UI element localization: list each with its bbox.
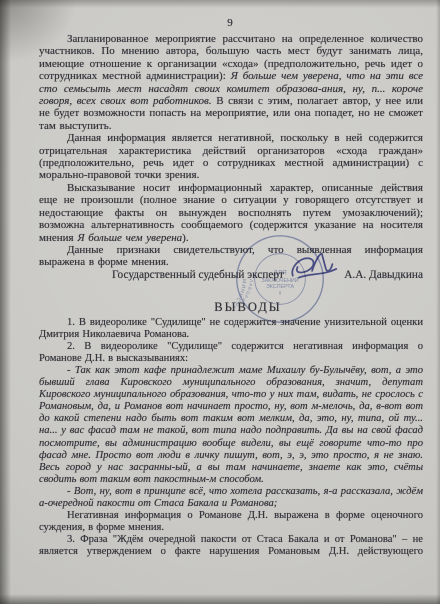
conclusion-quote-1: - Так как этот кафе принадлежит маме Мих… xyxy=(39,365,423,485)
text-run: 2. В видеоролике "Судилище" содержится н… xyxy=(39,341,423,364)
paragraph-planned-event: Запланированное мероприятие рассчитано н… xyxy=(39,33,423,132)
quoted-speech-run: Я больше чем уверена xyxy=(77,232,182,244)
signature-row: Государственный судебный эксперт А.А. Да… xyxy=(39,269,423,281)
conclusions-section: ВЫВОДЫ 1. В видеоролике "Судилище" не со… xyxy=(39,301,423,558)
text-run: Данные признаки свидетельствуют, что выя… xyxy=(39,244,423,268)
text-run: ). xyxy=(182,232,188,244)
conclusion-item-2b: Негативная информация о Романове Д.Н. вы… xyxy=(39,510,423,534)
stamp-center-line-1: ДЛЯ xyxy=(273,269,287,276)
signature-scribble-icon xyxy=(286,246,344,288)
conclusion-item-2: 2. В видеоролике "Судилище" содержится н… xyxy=(39,341,423,365)
paragraph-informational-character: Высказывание носит информационный характ… xyxy=(39,182,423,244)
scanned-document-page: 9 Запланированное мероприятие рассчитано… xyxy=(0,0,440,604)
text-run: 3. Фраза "Ждём очередной пакости от Стас… xyxy=(39,534,423,557)
text-run: Данная информация является негативной, п… xyxy=(39,132,423,181)
quoted-speech-run: - Так как этот кафе принадлежит маме Мих… xyxy=(39,365,423,484)
conclusions-title: ВЫВОДЫ xyxy=(39,301,423,313)
paragraph-negative-info: Данная информация является негативной, п… xyxy=(39,132,423,182)
body-text: Запланированное мероприятие рассчитано н… xyxy=(39,33,423,269)
page-shadow-bottom xyxy=(0,594,440,604)
quoted-speech-run: - Вот, ну, вот в принципе всё, что хотел… xyxy=(39,486,423,509)
text-run: Негативная информация о Романове Д.Н. вы… xyxy=(39,510,423,533)
signature-loop xyxy=(292,258,313,275)
text-run: 1. В видеоролике "Судилище" не содержитс… xyxy=(39,317,423,340)
signature-flourish xyxy=(312,253,332,270)
paragraph-opinion-form: Данные признаки свидетельствуют, что выя… xyxy=(39,244,423,269)
page-shadow-right xyxy=(436,0,440,604)
conclusion-item-3: 3. Фраза "Ждём очередной пакости от Стас… xyxy=(39,534,423,558)
conclusion-quote-2: - Вот, ну, вот в принципе всё, что хотел… xyxy=(39,486,423,510)
page-number: 9 xyxy=(0,17,440,29)
expert-name: А.А. Давыдкина xyxy=(344,269,423,281)
conclusion-item-1: 1. В видеоролике "Судилище" не содержитс… xyxy=(39,317,423,341)
